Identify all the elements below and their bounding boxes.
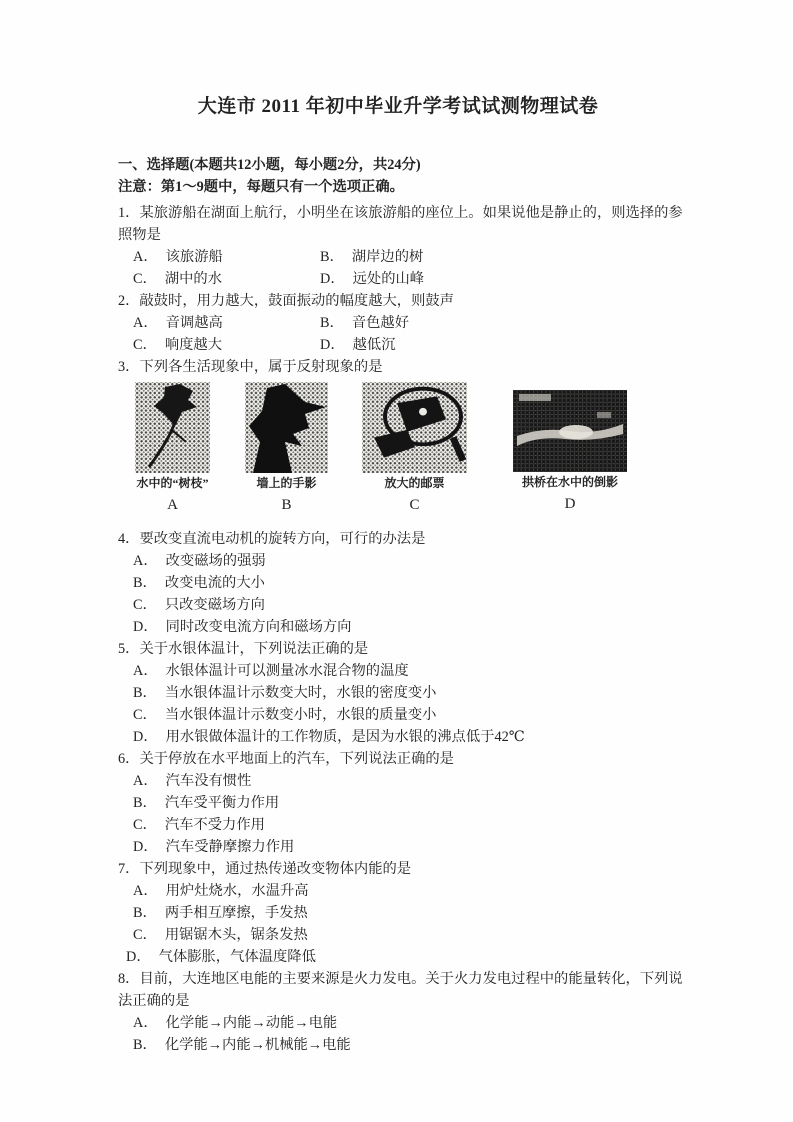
question-7-stem-line: 7．下列现象中，通过热传递改变物体内能的是	[118, 858, 678, 880]
question-6-options: A．汽车没有惯性 B．汽车受平衡力作用 C．汽车不受力作用 D．汽车受静摩擦力作…	[118, 770, 678, 858]
question-1-stem-line: 照物是	[118, 224, 678, 246]
option-label: D．	[133, 619, 158, 635]
option-text: 化学能→内能→机械能→电能	[165, 1037, 351, 1053]
question-8-stem-line: 法正确的是	[118, 990, 678, 1012]
question-1-stem-line: 1．某旅游船在湖面上航行，小明坐在该旅游船的座位上。如果说他是静止的，则选择的参	[118, 202, 678, 224]
option-label: A．	[133, 553, 158, 569]
option-text: 湖中的水	[165, 271, 222, 287]
option-label: C．	[133, 337, 157, 353]
hand-shadow-illustration	[245, 382, 328, 473]
option-text: 远处的山峰	[353, 271, 424, 287]
option-label: B．	[320, 249, 344, 265]
option-text: 音调越高	[166, 315, 223, 331]
question-7-options: A．用炉灶烧水，水温升高 B．两手相互摩擦，手发热 C．用锯锯木头，锯条发热 D…	[118, 880, 678, 968]
section-heading: 一、选择题(本题共12小题，每小题2分，共24分)	[118, 154, 678, 176]
option-5B: B．当水银体温计示数变大时，水银的密度变小	[133, 682, 678, 704]
photo-hand-shadow	[245, 382, 328, 473]
option-6B: B．汽车受平衡力作用	[133, 792, 678, 814]
figure-a: 水中的“树枝” A	[135, 382, 210, 513]
option-5A: A．水银体温计可以测量冰水混合物的温度	[133, 660, 678, 682]
option-text: 汽车不受力作用	[165, 817, 265, 833]
option-1B: B．湖岸边的树	[320, 246, 423, 268]
figure-caption: 水中的“树枝”	[135, 476, 210, 491]
question-3-stem-line: 3．下列各生活现象中，属于反射现象的是	[118, 356, 678, 378]
option-7C: C．用锯锯木头，锯条发热	[133, 924, 678, 946]
option-label: A．	[133, 249, 158, 265]
bridge-reflection-illustration	[513, 390, 627, 472]
option-7D: D．气体膨胀，气体温度降低	[126, 946, 678, 968]
figure-letter: A	[135, 498, 210, 513]
option-label: D．	[133, 729, 158, 745]
option-4B: B．改变电流的大小	[133, 572, 678, 594]
magnified-stamp-illustration	[362, 382, 467, 473]
option-1D: D．远处的山峰	[320, 268, 424, 290]
option-1C: C．湖中的水	[133, 268, 320, 290]
photo-branch-in-water	[135, 382, 210, 473]
figures-row: 水中的“树枝” A 墙上的手影 B	[118, 382, 678, 528]
figure-caption: 拱桥在水中的倒影	[513, 475, 627, 490]
exam-page: 大连市 2011 年初中毕业升学考试试测物理试卷 一、选择题(本题共12小题，每…	[0, 0, 793, 1122]
question-5-options: A．水银体温计可以测量冰水混合物的温度 B．当水银体温计示数变大时，水银的密度变…	[118, 660, 678, 748]
option-label: B．	[133, 795, 157, 811]
figure-caption: 墙上的手影	[245, 476, 328, 491]
option-row: A．该旅游船 B．湖岸边的树	[133, 246, 678, 268]
option-1A: A．该旅游船	[133, 246, 320, 268]
option-text: 气体膨胀，气体温度降低	[159, 949, 316, 965]
option-8A: A．化学能→内能→动能→电能	[133, 1012, 678, 1034]
question-3: 3．下列各生活现象中，属于反射现象的是 水中的“树枝” A	[118, 356, 678, 528]
option-2D: D．越低沉	[320, 334, 396, 356]
option-text: 化学能→内能→动能→电能	[166, 1015, 338, 1031]
option-text: 汽车受平衡力作用	[165, 795, 279, 811]
option-label: A．	[133, 663, 158, 679]
question-8: 8．目前，大连地区电能的主要来源是火力发电。关于火力发电过程中的能量转化，下列说…	[118, 968, 678, 1056]
option-4D: D．同时改变电流方向和磁场方向	[133, 616, 678, 638]
option-text: 用锯锯木头，锯条发热	[165, 927, 308, 943]
option-text: 当水银体温计示数变小时，水银的质量变小	[165, 707, 437, 723]
option-label: D．	[126, 949, 151, 965]
option-label: C．	[133, 927, 157, 943]
option-6C: C．汽车不受力作用	[133, 814, 678, 836]
figure-letter: B	[245, 498, 328, 513]
option-6A: A．汽车没有惯性	[133, 770, 678, 792]
option-text: 两手相互摩擦，手发热	[165, 905, 308, 921]
question-2: 2．敲鼓时，用力越大，鼓面振动的幅度越大，则鼓声 A．音调越高 B．音色越好 C…	[118, 290, 678, 356]
option-text: 同时改变电流方向和磁场方向	[166, 619, 352, 635]
option-2B: B．音色越好	[320, 312, 409, 334]
option-label: C．	[133, 597, 157, 613]
option-text: 越低沉	[353, 337, 396, 353]
option-label: C．	[133, 817, 157, 833]
option-4A: A．改变磁场的强弱	[133, 550, 678, 572]
option-text: 当水银体温计示数变大时，水银的密度变小	[165, 685, 437, 701]
photo-bridge-reflection	[513, 390, 627, 472]
figure-letter: D	[513, 497, 627, 512]
question-7: 7．下列现象中，通过热传递改变物体内能的是 A．用炉灶烧水，水温升高 B．两手相…	[118, 858, 678, 968]
question-6-stem-line: 6．关于停放在水平地面上的汽车，下列说法正确的是	[118, 748, 678, 770]
option-label: A．	[133, 1015, 158, 1031]
page-title: 大连市 2011 年初中毕业升学考试试测物理试卷	[118, 94, 678, 120]
section-notice: 注意：第1～9题中，每题只有一个选项正确。	[118, 176, 678, 198]
option-text: 用水银做体温计的工作物质，是因为水银的沸点低于42℃	[166, 729, 525, 745]
option-text: 响度越大	[165, 337, 222, 353]
option-label: B．	[320, 315, 344, 331]
question-6: 6．关于停放在水平地面上的汽车，下列说法正确的是 A．汽车没有惯性 B．汽车受平…	[118, 748, 678, 858]
figure-letter: C	[362, 498, 467, 513]
question-4-stem-line: 4．要改变直流电动机的旋转方向，可行的办法是	[118, 528, 678, 550]
question-1-options: A．该旅游船 B．湖岸边的树 C．湖中的水 D．远处的山峰	[118, 246, 678, 290]
option-text: 水银体温计可以测量冰水混合物的温度	[166, 663, 409, 679]
option-4C: C．只改变磁场方向	[133, 594, 678, 616]
option-2C: C．响度越大	[133, 334, 320, 356]
option-label: A．	[133, 883, 158, 899]
question-1: 1．某旅游船在湖面上航行，小明坐在该旅游船的座位上。如果说他是静止的，则选择的参…	[118, 202, 678, 290]
option-text: 改变电流的大小	[165, 575, 265, 591]
option-6D: D．汽车受静摩擦力作用	[133, 836, 678, 858]
branch-in-water-illustration	[135, 382, 210, 473]
option-text: 只改变磁场方向	[165, 597, 265, 613]
option-label: B．	[133, 905, 157, 921]
option-label: C．	[133, 707, 157, 723]
option-label: D．	[133, 839, 158, 855]
photo-magnified-stamp	[362, 382, 467, 473]
option-row: C．响度越大 D．越低沉	[133, 334, 678, 356]
option-2A: A．音调越高	[133, 312, 320, 334]
option-7B: B．两手相互摩擦，手发热	[133, 902, 678, 924]
question-5-stem-line: 5．关于水银体温计，下列说法正确的是	[118, 638, 678, 660]
option-label: D．	[320, 337, 345, 353]
option-label: D．	[320, 271, 345, 287]
option-5C: C．当水银体温计示数变小时，水银的质量变小	[133, 704, 678, 726]
figure-c: 放大的邮票 C	[362, 382, 467, 513]
option-label: B．	[133, 685, 157, 701]
option-5D: D．用水银做体温计的工作物质，是因为水银的沸点低于42℃	[133, 726, 678, 748]
option-text: 汽车没有惯性	[166, 773, 252, 789]
option-row: C．湖中的水 D．远处的山峰	[133, 268, 678, 290]
option-label: B．	[133, 1037, 157, 1053]
question-8-options: A．化学能→内能→动能→电能 B．化学能→内能→机械能→电能	[118, 1012, 678, 1056]
option-text: 汽车受静摩擦力作用	[166, 839, 295, 855]
option-text: 音色越好	[352, 315, 409, 331]
option-label: A．	[133, 773, 158, 789]
option-label: A．	[133, 315, 158, 331]
option-text: 改变磁场的强弱	[166, 553, 266, 569]
option-text: 该旅游船	[166, 249, 223, 265]
question-2-stem-line: 2．敲鼓时，用力越大，鼓面振动的幅度越大，则鼓声	[118, 290, 678, 312]
option-row: A．音调越高 B．音色越好	[133, 312, 678, 334]
option-label: B．	[133, 575, 157, 591]
question-8-stem-line: 8．目前，大连地区电能的主要来源是火力发电。关于火力发电过程中的能量转化，下列说	[118, 968, 678, 990]
option-7A: A．用炉灶烧水，水温升高	[133, 880, 678, 902]
option-label: C．	[133, 271, 157, 287]
figure-d: 拱桥在水中的倒影 D	[513, 382, 627, 512]
question-4-options: A．改变磁场的强弱 B．改变电流的大小 C．只改变磁场方向 D．同时改变电流方向…	[118, 550, 678, 638]
option-text: 用炉灶烧水，水温升高	[166, 883, 309, 899]
question-5: 5．关于水银体温计，下列说法正确的是 A．水银体温计可以测量冰水混合物的温度 B…	[118, 638, 678, 748]
figure-b: 墙上的手影 B	[245, 382, 328, 513]
figure-caption: 放大的邮票	[362, 476, 467, 491]
option-8B: B．化学能→内能→机械能→电能	[133, 1034, 678, 1056]
question-2-options: A．音调越高 B．音色越好 C．响度越大 D．越低沉	[118, 312, 678, 356]
question-4: 4．要改变直流电动机的旋转方向，可行的办法是 A．改变磁场的强弱 B．改变电流的…	[118, 528, 678, 638]
option-text: 湖岸边的树	[352, 249, 423, 265]
